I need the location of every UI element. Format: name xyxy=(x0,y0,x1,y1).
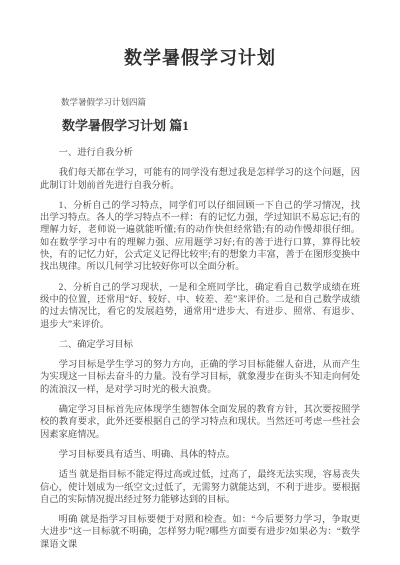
section-heading: 一、进行自我分析 xyxy=(40,147,360,159)
document-body: 一、进行自我分析 我们每天都在学习，可能有的同学没有想过我是怎样学习的这个问题，… xyxy=(40,147,360,551)
section-heading: 二、确定学习目标 xyxy=(40,339,360,351)
paragraph: 学习目标是学生学习的努力方向，正确的学习目标能催人奋进，从而产生为实现这一目标去… xyxy=(40,359,360,396)
paragraph: 学习目标要具有适当、明确、具体的特点。 xyxy=(40,449,360,461)
document-title: 数学暑假学习计划 xyxy=(40,46,360,70)
document-page: 数学暑假学习计划 数学暑假学习计划四篇 数学暑假学习计划 篇1 一、进行自我分析… xyxy=(0,0,400,565)
paragraph: 1、分析自己的学习特点，同学们可以仔细回顾一下自己的学习情况，找出学习特点。各人… xyxy=(40,200,360,274)
document-subtitle: 数学暑假学习计划四篇 xyxy=(61,96,360,108)
section-title: 数学暑假学习计划 篇1 xyxy=(62,117,360,135)
paragraph: 适当 就是指目标不能定得过高或过低，过高了，最终无法实现，容易丧失信心，使计划成… xyxy=(40,469,360,506)
paragraph: 2、分析自己的学习现状，一是和全班同学比，确定看自己数学成绩在班级中的位置，还常… xyxy=(40,282,360,331)
paragraph: 我们每天都在学习，可能有的同学没有想过我是怎样学习的这个问题，因此制订计划前首先… xyxy=(40,167,360,192)
paragraph: 明确 就是指学习目标要便于对照和检查。如：“今后要努力学习，争取更大进步”这一目… xyxy=(40,514,360,551)
paragraph: 确定学习目标首先应体现学生德智体全面发展的教育方针，其次要按照学校的教育要求，此… xyxy=(40,404,360,441)
